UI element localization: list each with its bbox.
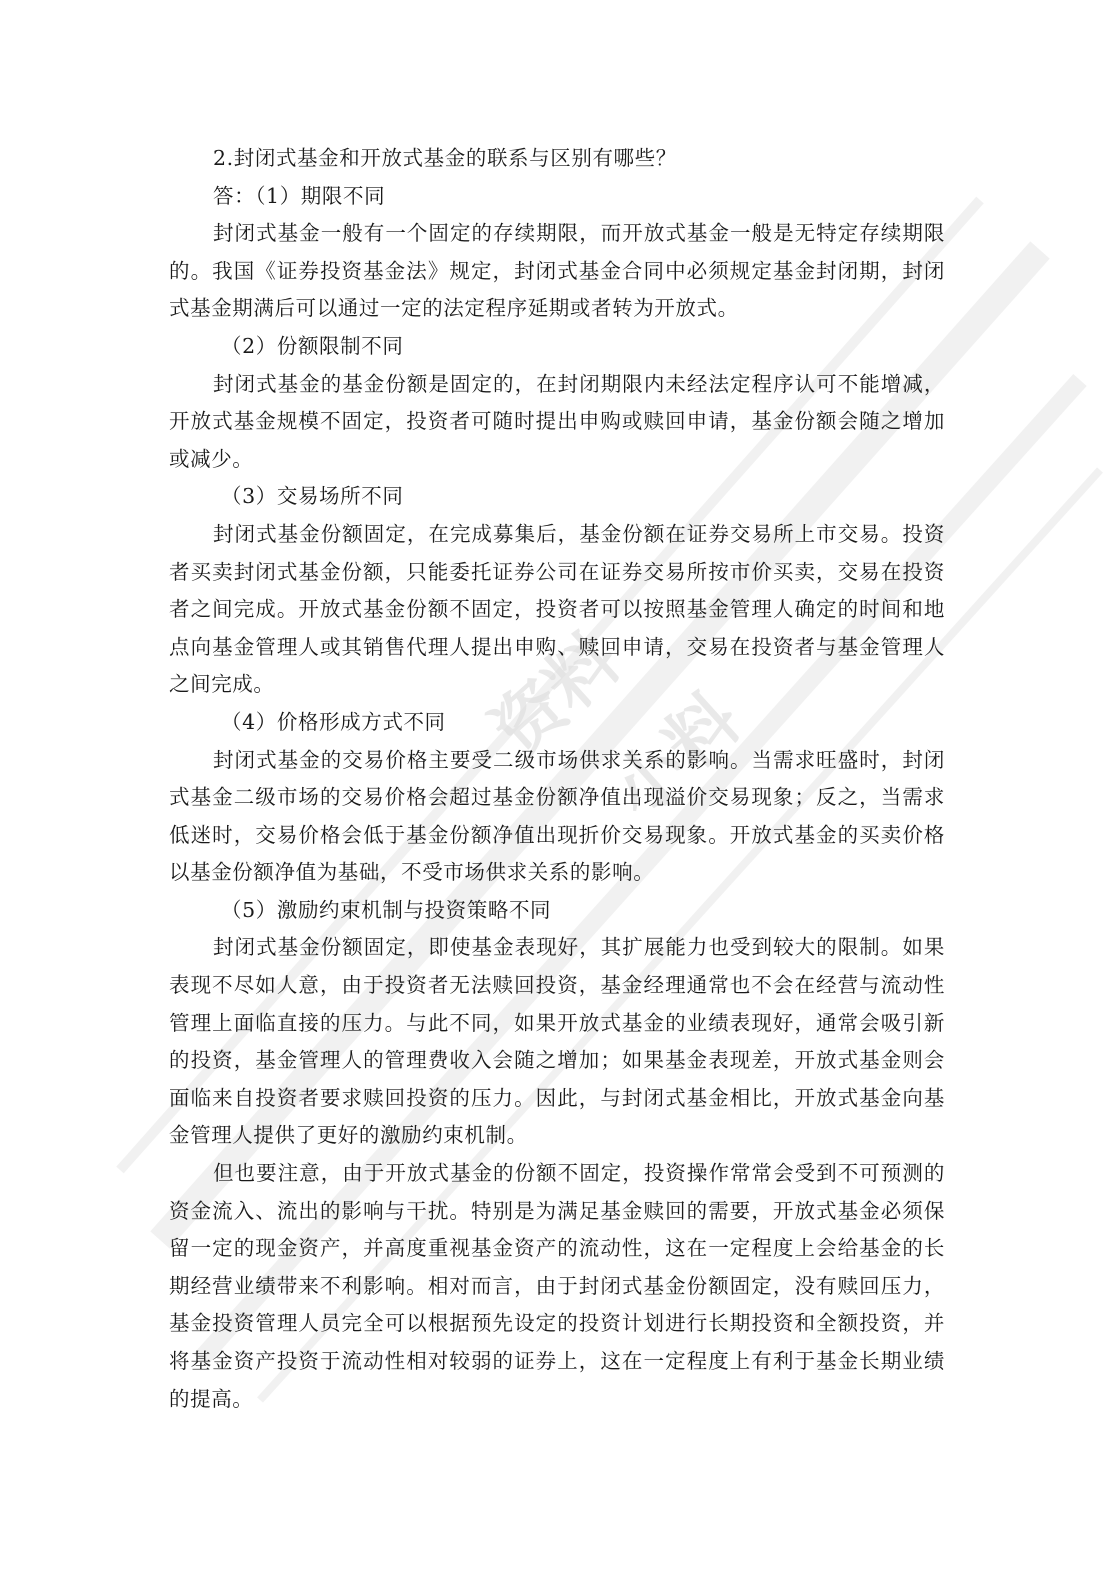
answer-intro: 答：（1）期限不同 xyxy=(169,178,945,216)
section-4-paragraph: 封闭式基金的交易价格主要受二级市场供求关系的影响。当需求旺盛时，封闭式基金二级市… xyxy=(169,742,945,892)
section-4-heading: （4）价格形成方式不同 xyxy=(169,704,945,742)
section-1-paragraph: 封闭式基金一般有一个固定的存续期限，而开放式基金一般是无特定存续期限的。我国《证… xyxy=(169,215,945,328)
section-5-heading: （5）激励约束机制与投资策略不同 xyxy=(169,892,945,930)
section-3-paragraph: 封闭式基金份额固定，在完成募集后，基金份额在证券交易所上市交易。投资者买卖封闭式… xyxy=(169,516,945,704)
section-5-paragraph: 封闭式基金份额固定，即使基金表现好，其扩展能力也受到较大的限制。如果表现不尽如人… xyxy=(169,929,945,1155)
closing-paragraph: 但也要注意，由于开放式基金的份额不固定，投资操作常常会受到不可预测的资金流入、流… xyxy=(169,1155,945,1418)
document-page: 2.封闭式基金和开放式基金的联系与区别有哪些？ 答：（1）期限不同 封闭式基金一… xyxy=(169,140,945,1418)
section-2-paragraph: 封闭式基金的基金份额是固定的，在封闭期限内未经法定程序认可不能增减，开放式基金规… xyxy=(169,366,945,479)
section-2-heading: （2）份额限制不同 xyxy=(169,328,945,366)
question-heading: 2.封闭式基金和开放式基金的联系与区别有哪些？ xyxy=(169,140,945,178)
section-3-heading: （3）交易场所不同 xyxy=(169,478,945,516)
